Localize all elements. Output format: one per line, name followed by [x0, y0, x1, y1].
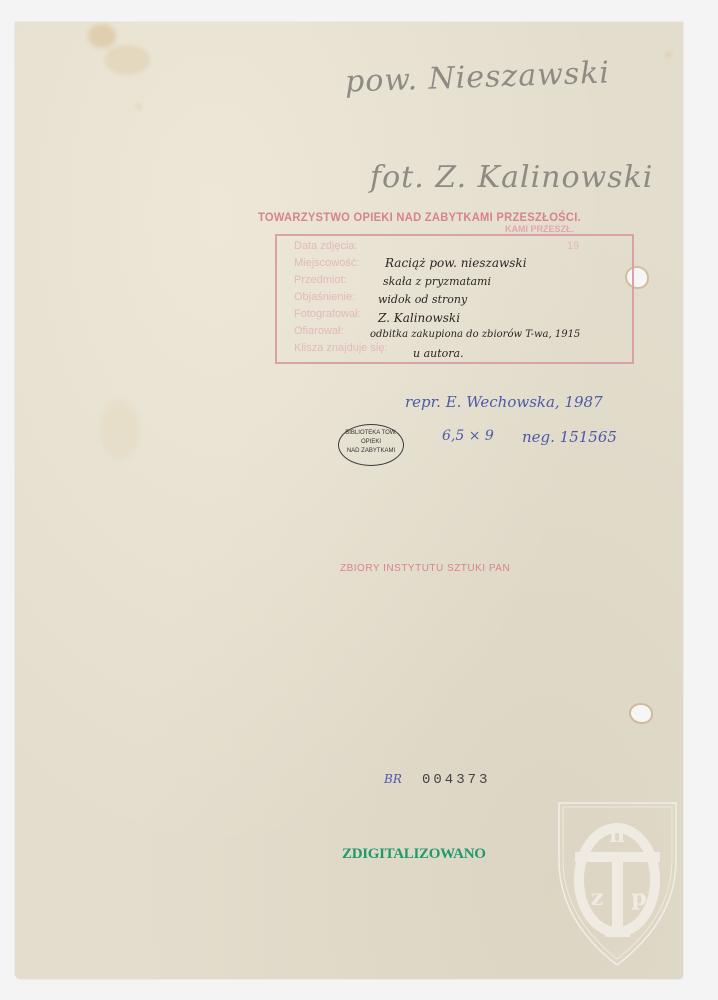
svg-text:p: p: [631, 885, 646, 911]
library-stamp-line: NAD ZABYTKAMI: [339, 447, 403, 456]
field-label-description: Objaśnienie:: [294, 291, 355, 303]
svg-text:n: n: [609, 822, 625, 848]
library-stamp-line: BIBLIOTEKA TOW.: [339, 429, 403, 438]
library-stamp: BIBLIOTEKA TOW. OPIEKI NAD ZABYTKAMI: [338, 424, 404, 466]
society-stamp-title: TOWARZYSTWO OPIEKI NAD ZABYTKAMI PRZESZŁ…: [258, 210, 581, 224]
value-photographer: Z. Kalinowski: [378, 311, 460, 325]
water-stain: [105, 45, 150, 75]
society-stamp-overprint: KAMI PRZESZŁ.: [505, 224, 574, 234]
size-note: 6,5 × 9: [442, 428, 494, 444]
value-place: Raciąż pow. nieszawski: [385, 256, 527, 270]
library-stamp-line: OPIEKI: [339, 438, 403, 447]
field-label-place: Miejscowość:: [294, 257, 359, 269]
registry-note: neg. 151565: [522, 428, 617, 446]
inventory-prefix: BR: [384, 772, 402, 786]
svg-text:z: z: [591, 885, 604, 911]
stain-spot: [666, 52, 671, 57]
value-object: skała z pryzmatami: [383, 275, 491, 288]
inventory-number: 004373: [422, 772, 490, 788]
digitized-stamp: ZDIGITALIZOWANO: [342, 846, 486, 863]
field-label-negative: Klisza znajduje się:: [294, 342, 388, 354]
stain-spot: [100, 400, 140, 460]
value-description: widok od strony: [378, 293, 467, 306]
field-label-donor: Ofiarował:: [294, 325, 344, 337]
stain-spot: [136, 104, 141, 109]
repro-note: repr. E. Wechowska, 1987: [405, 393, 603, 411]
punch-hole-bottom: [631, 705, 651, 722]
institute-stamp: ZBIORY INSTYTUTU SZTUKI PAN: [340, 563, 510, 574]
shield-logo-icon: n z p: [555, 800, 680, 970]
field-label-date: Data zdjęcia:: [294, 240, 358, 252]
value-donor: odbitka zakupiona do zbiorów T-wa, 1915: [370, 329, 580, 340]
pencil-note-photographer: fot. Z. Kalinowski: [370, 160, 653, 195]
field-label-object: Przedmiot:: [294, 274, 347, 286]
field-date-year: 19: [567, 240, 579, 252]
value-negative: u autora.: [413, 347, 464, 360]
field-label-photographer: Fotografował:: [294, 308, 361, 320]
water-stain: [88, 24, 116, 48]
